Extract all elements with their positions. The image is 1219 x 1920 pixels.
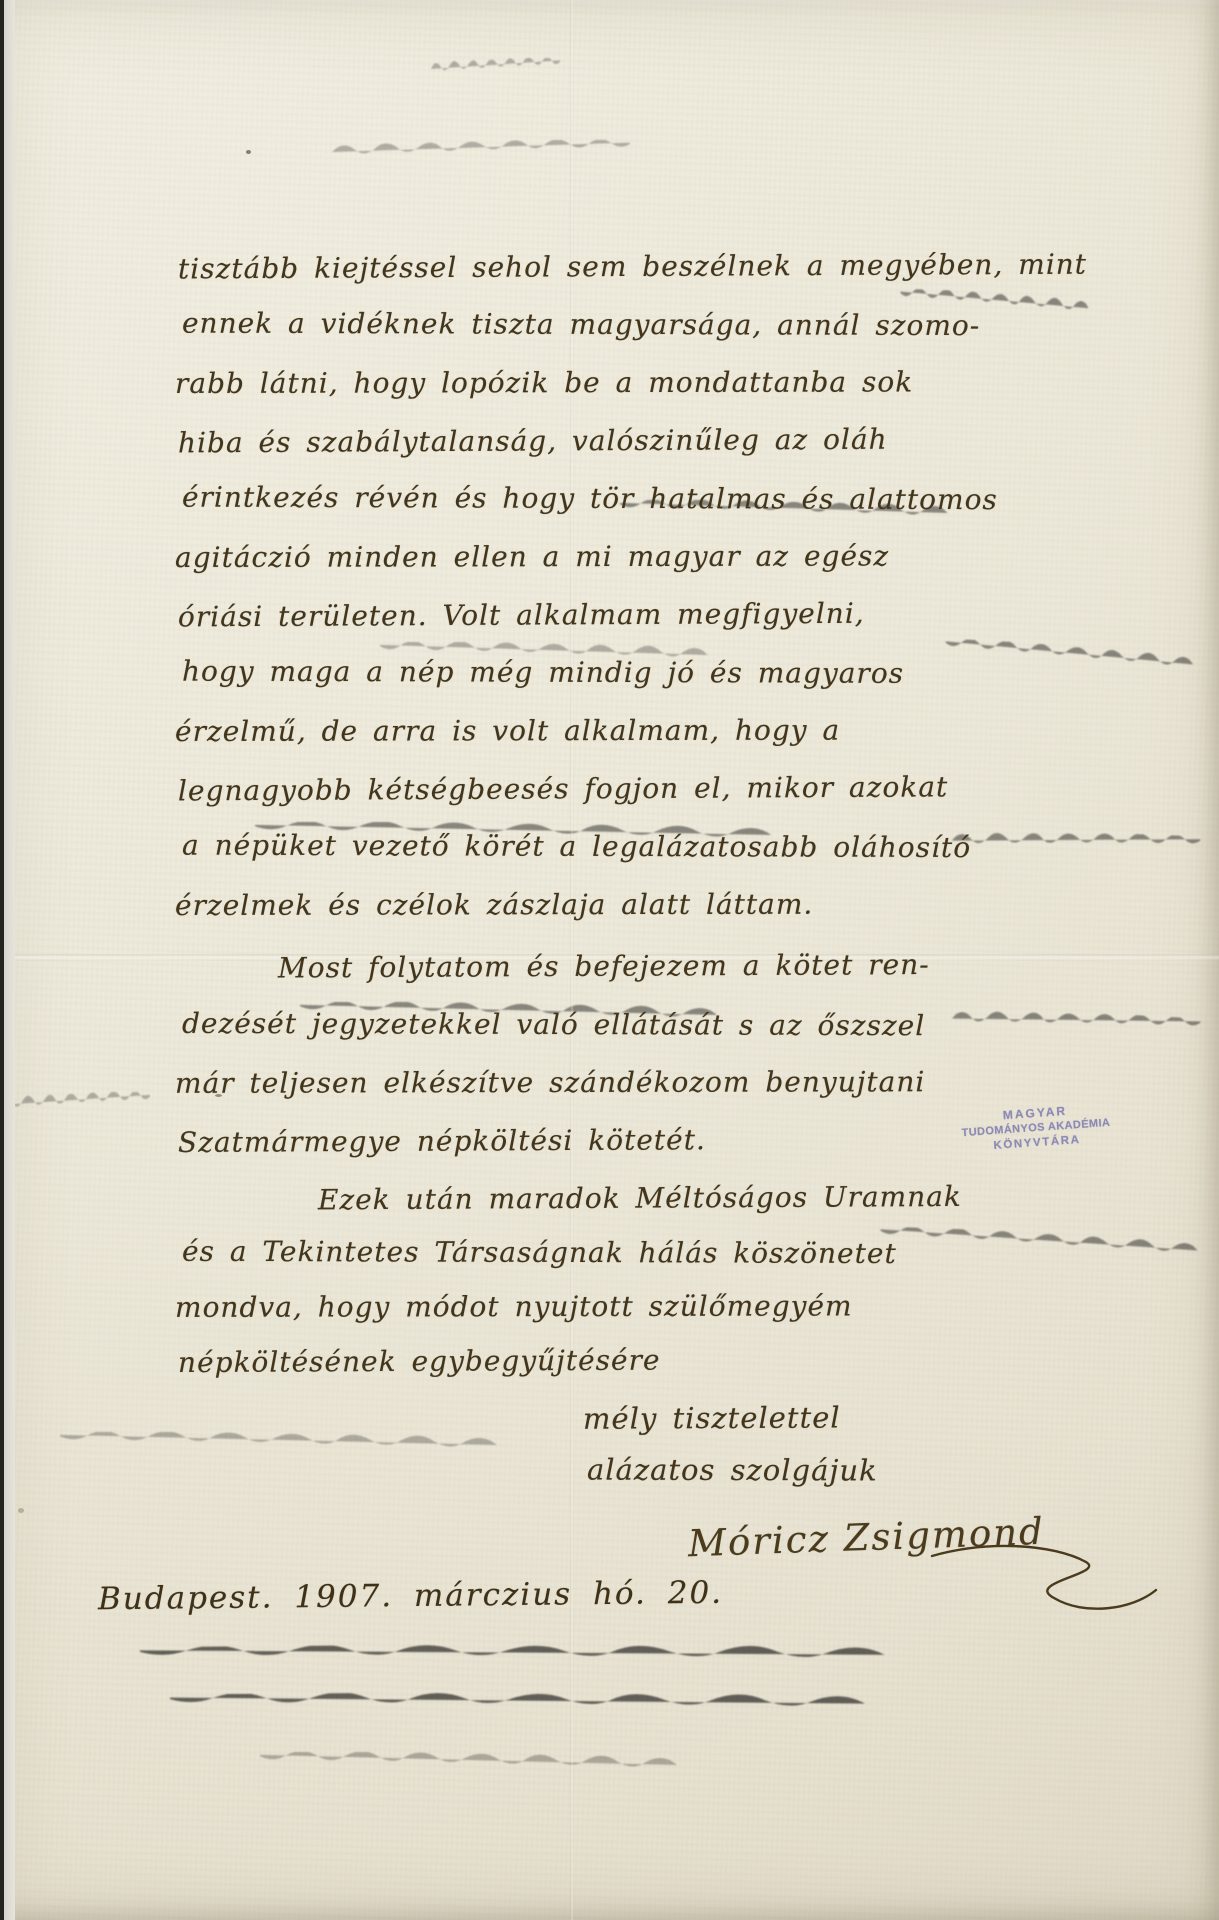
handwritten-line: már teljesen elkészítve szándékozom beny…	[175, 1053, 930, 1113]
handwritten-line: és a Tekintetes Társaságnak hálás köszön…	[182, 1225, 962, 1281]
handwritten-line: a népüket vezető körét a legalázatosabb …	[182, 817, 1087, 878]
ghost-text	[0, 1092, 150, 1118]
handwritten-line: dezését jegyzetekkel való ellátását s az…	[182, 995, 930, 1055]
handwritten-line: Most folytatom és befejezem a kötet ren-	[178, 936, 930, 998]
handwritten-line: érzelmek és czélok zászlaja alatt láttam…	[175, 875, 1087, 935]
ghost-text	[430, 58, 560, 80]
date-line: Budapest. 1907. márczius hó. 20.	[98, 1575, 723, 1618]
handwritten-line: agitáczió minden ellen a mi magyar az eg…	[175, 527, 1087, 587]
ghost-text	[260, 1752, 680, 1778]
handwritten-line: hiba és szabálytalanság, valószinűleg az…	[178, 410, 1087, 473]
handwritten-line: legnagyobb kétségbeesés fogjon el, mikor…	[178, 758, 1087, 821]
handwritten-line: hogy maga a nép még mindig jó és magyaro…	[182, 643, 1087, 704]
ink-speck	[18, 1508, 24, 1513]
closing-line: mély tisztelettel	[583, 1391, 878, 1445]
handwritten-line: népköltésének egybegyűjtésére	[178, 1332, 962, 1390]
handwritten-line: rabb látni, hogy lopózik be a mondattanb…	[175, 353, 1087, 413]
handwritten-line: óriási területen. Volt alkalmam megfigye…	[178, 584, 1087, 647]
ghost-text	[60, 1432, 500, 1458]
ghost-text	[330, 140, 630, 164]
handwritten-line: Ezek után maradok Méltóságos Uramnak	[178, 1170, 962, 1228]
paragraph-1: tisztább kiejtéssel sehol sem beszélnek …	[178, 238, 1087, 934]
handwritten-line: érintkezés révén és hogy tör hatalmas és…	[182, 469, 1087, 530]
signature-flourish	[928, 1538, 1163, 1623]
ink-speck	[246, 150, 251, 154]
library-stamp: MAGYAR TUDOMÁNYOS AKADÉMIA KÖNYVTÁRA	[955, 1100, 1118, 1156]
ghost-text	[140, 1641, 890, 1676]
letter-page: tisztább kiejtéssel sehol sem beszélnek …	[0, 0, 1219, 1920]
handwritten-line: Szatmármegye népköltési kötetét.	[178, 1110, 930, 1172]
paragraph-2: Most folytatom és befejezem a kötet ren-…	[178, 938, 930, 1170]
closing-block: mély tisztelettel alázatos szolgájuk	[583, 1392, 878, 1496]
paragraph-3: Ezek után maradok Méltóságos Uramnak és …	[178, 1172, 962, 1388]
handwritten-line: mondva, hogy módot nyujtott szülőmegyém	[175, 1279, 962, 1335]
handwritten-line: érzelmű, de arra is volt alkalmam, hogy …	[175, 701, 1087, 761]
handwritten-line: ennek a vidéknek tiszta magyarsága, anná…	[182, 295, 1087, 356]
scan-edge-light	[4, 0, 15, 1920]
ghost-text	[949, 1005, 1200, 1044]
letter-scan: tisztább kiejtéssel sehol sem beszélnek …	[0, 0, 1219, 1920]
ghost-text	[170, 1690, 870, 1723]
handwritten-line: tisztább kiejtéssel sehol sem beszélnek …	[178, 236, 1087, 299]
closing-line: alázatos szolgájuk	[587, 1444, 878, 1497]
